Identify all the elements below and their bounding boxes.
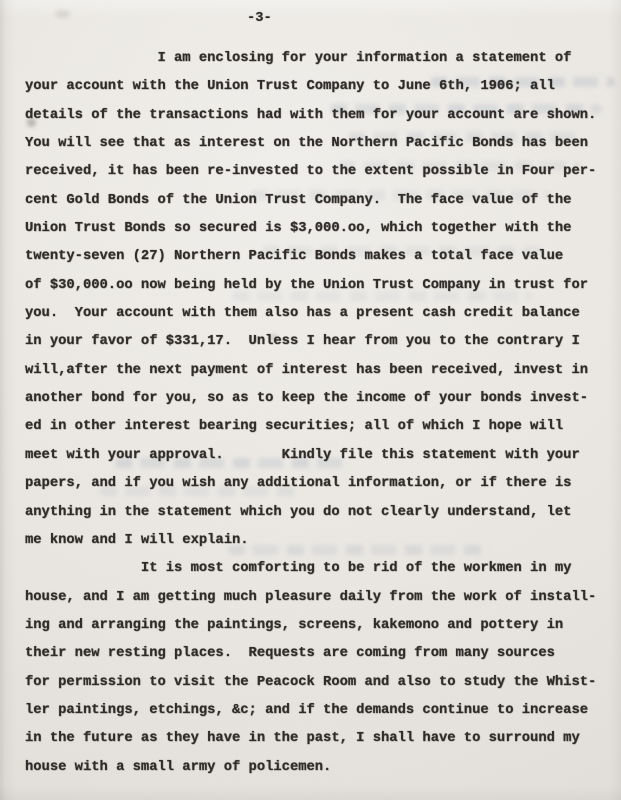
text-line: received, it has been re-invested to the…	[25, 158, 615, 186]
text-line: twenty-seven (27) Northern Pacific Bonds…	[25, 243, 615, 271]
text-line: in your favor of $331,17. Unless I hear …	[25, 328, 615, 356]
text-line: meet with your approval. Kindly file thi…	[25, 442, 615, 470]
text-line: of $30,000.oo now being held by the Unio…	[25, 272, 615, 300]
text-line: Union Trust Bonds so secured is $3,000.o…	[25, 215, 615, 243]
letter-page: -3- I am enclosing for your information …	[0, 0, 621, 800]
text-line: cent Gold Bonds of the Union Trust Compa…	[25, 187, 615, 215]
text-line: house with a small army of policemen.	[25, 754, 615, 782]
text-line: in the future as they have in the past, …	[25, 725, 615, 753]
text-line: You will see that as interest on the Nor…	[25, 130, 615, 158]
text-line: me know and I will explain.	[25, 527, 615, 555]
text-line: will,after the next payment of interest …	[25, 357, 615, 385]
text-line: details of the transactions had with the…	[25, 102, 615, 130]
text-line: another bond for you, so as to keep the …	[25, 385, 615, 413]
text-line: for permission to visit the Peacock Room…	[25, 669, 615, 697]
text-line: ing and arranging the paintings, screens…	[25, 612, 615, 640]
text-line: It is most comforting to be rid of the w…	[25, 555, 615, 583]
ink-smudge	[55, 10, 70, 18]
page-number: -3-	[247, 11, 272, 26]
text-line: I am enclosing for your information a st…	[25, 45, 615, 73]
letter-body: I am enclosing for your information a st…	[25, 45, 615, 782]
text-line: ed in other interest bearing securities;…	[25, 413, 615, 441]
text-line: your account with the Union Trust Compan…	[25, 73, 615, 101]
text-line: house, and I am getting much pleasure da…	[25, 584, 615, 612]
text-line: ler paintings, etchings, &c; and if the …	[25, 697, 615, 725]
text-line: their new resting places. Requests are c…	[25, 640, 615, 668]
text-line: anything in the statement which you do n…	[25, 499, 615, 527]
text-line: you. Your account with them also has a p…	[25, 300, 615, 328]
text-line: papers, and if you wish any additional i…	[25, 470, 615, 498]
